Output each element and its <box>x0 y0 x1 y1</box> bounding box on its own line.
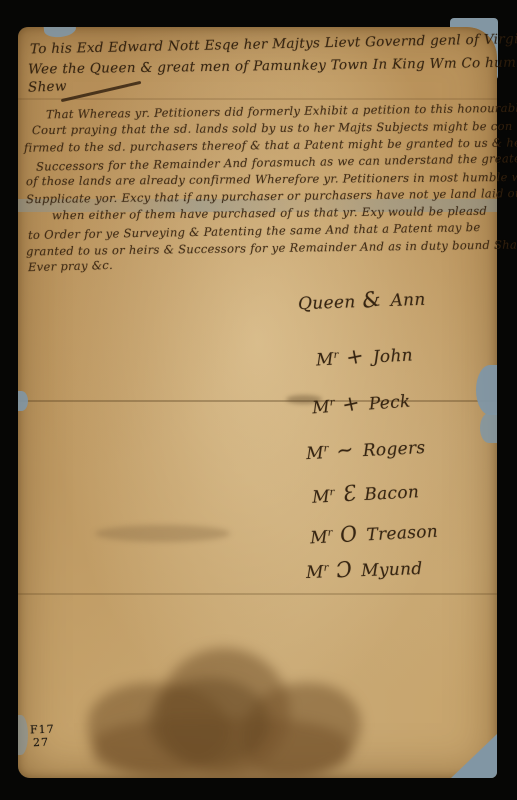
signature-mark: + <box>344 343 366 370</box>
signature-prefix: M <box>306 443 325 464</box>
signature-prefix: M <box>310 527 329 548</box>
signature-row: Mr+John <box>315 341 413 370</box>
signature-prefix: Queen <box>298 292 356 314</box>
signature-row: Queen&Ann <box>298 286 426 314</box>
signature-prefix: M <box>316 350 335 371</box>
archive-number-top: F17 <box>30 723 55 737</box>
signature-mark: O <box>338 521 360 548</box>
body-line: Ever pray &c. <box>28 258 113 274</box>
signature-name: Treason <box>366 522 439 546</box>
signature-name: Rogers <box>362 438 426 461</box>
photo-background: To his Exd Edward Nott Esqe her Majtys L… <box>0 0 517 800</box>
signature-prefix: M <box>312 397 331 418</box>
signature-name: Myund <box>361 559 423 581</box>
signature-mark: ~ <box>334 437 356 464</box>
signature-prefix: M <box>306 562 324 583</box>
signature-name: Bacon <box>364 482 420 505</box>
signature-mark: Ɛ <box>340 481 358 507</box>
signature-mark: Ɔ <box>334 556 354 582</box>
signature-name: John <box>372 345 413 367</box>
header-line-3: Shew <box>28 78 67 95</box>
archive-number-bottom: 27 <box>33 736 49 750</box>
signature-mark: & <box>361 286 384 313</box>
signature-prefix: M <box>312 487 331 508</box>
signature-mark: + <box>340 390 363 417</box>
signature-name: Peck <box>368 392 411 415</box>
signature-row: MrƆMyund <box>306 555 423 583</box>
signature-name: Ann <box>390 290 426 311</box>
